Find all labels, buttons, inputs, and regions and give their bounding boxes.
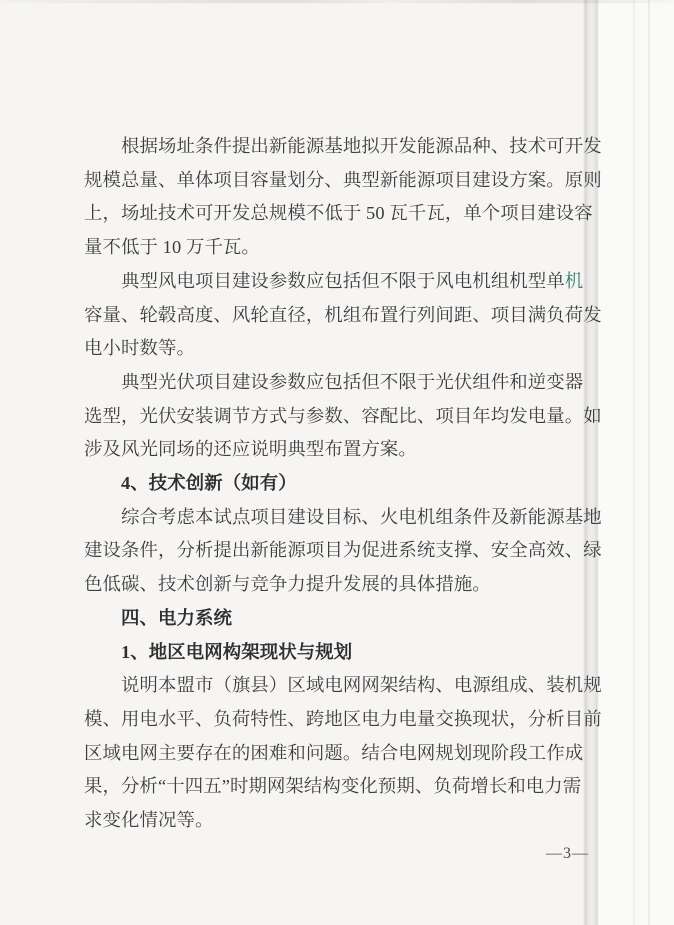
text-line: 容量、轮毂高度、风轮直径，机组布置行列间距、项目满负荷发 [84,299,602,333]
scanned-document-page: 根据场址条件提出新能源基地拟开发能源品种、技术可开发 规模总量、单体项目容量划分… [0,0,674,925]
section-heading-power-system: 四、电力系统 [84,602,602,636]
text-line: 量不低于 10 万千瓦。 [84,231,602,265]
text-line: 上，场址技术可开发总规模不低于 50 瓦千瓦，单个项目建设容 [84,197,602,231]
text-segment: 典型风电项目建设参数应包括但不限于风电机组机型单 [121,271,565,291]
green-tinted-character: 机 [565,271,584,291]
text-line: 典型风电项目建设参数应包括但不限于风电机组机型单机 [84,265,602,299]
text-line: 根据场址条件提出新能源基地拟开发能源品种、技术可开发 [84,130,602,164]
text-line: 选型，光伏安装调节方式与参数、容配比、项目年均发电量。如 [84,400,602,434]
text-line: 果，分析“十四五”时期网架结构变化预期、负荷增长和电力需 [84,770,602,804]
text-line: 求变化情况等。 [84,804,602,838]
text-line: 电小时数等。 [84,332,602,366]
text-line: 综合考虑本试点项目建设目标、火电机组条件及新能源基地 [84,501,602,535]
text-line: 说明本盟市（旗县）区域电网网架结构、电源组成、装机规 [84,669,602,703]
scan-line-artifact [633,0,635,925]
text-line: 色低碳、技术创新与竞争力提升发展的具体措施。 [84,568,602,602]
page-edge-strip [598,0,674,925]
scan-line-artifact [648,0,650,925]
text-line: 区域电网主要存在的困难和问题。结合电网规划现阶段工作成 [84,737,602,771]
page-number: —3— [546,845,589,863]
text-line: 模、用电水平、负荷特性、跨地区电力电量交换现状，分析目前 [84,703,602,737]
text-line: 建设条件，分析提出新能源项目为促进系统支撑、安全高效、绿 [84,534,602,568]
section-heading-grid-status: 1、地区电网构架现状与规划 [84,636,602,670]
section-heading-tech-innovation: 4、技术创新（如有） [84,467,602,501]
document-body: 根据场址条件提出新能源基地拟开发能源品种、技术可开发 规模总量、单体项目容量划分… [84,130,602,838]
text-line: 涉及风光同场的还应说明典型布置方案。 [84,433,602,467]
text-line: 规模总量、单体项目容量划分、典型新能源项目建设方案。原则 [84,164,602,198]
scan-artifact-top-edge [0,0,674,3]
text-line: 典型光伏项目建设参数应包括但不限于光伏组件和逆变器 [84,366,602,400]
